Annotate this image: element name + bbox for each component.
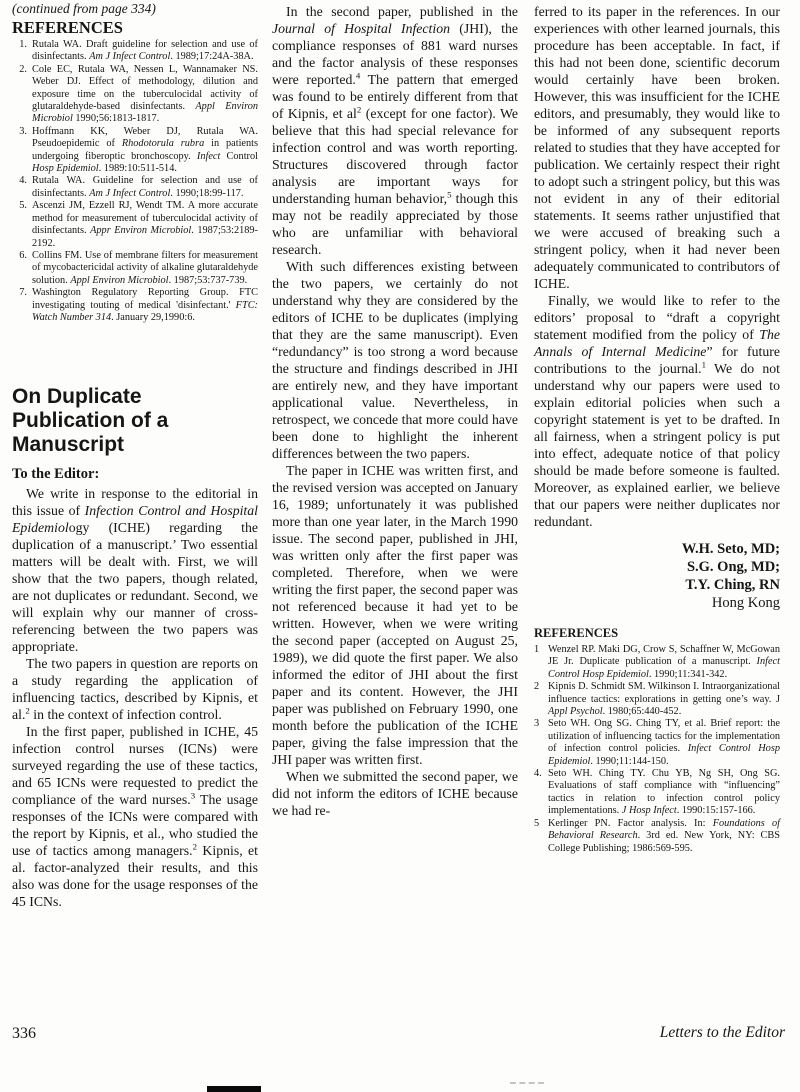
- right-references-section: REFERENCES 1 Wenzel RP. Maki DG, Crow S,…: [534, 626, 780, 855]
- reference-item: 7. Washington Regulatory Reporting Group…: [12, 287, 258, 324]
- right-references-list: 1 Wenzel RP. Maki DG, Crow S, Schaffner …: [534, 644, 780, 855]
- reference-item: 3. Hoffmann KK, Weber DJ, Rutala WA. Pse…: [12, 126, 258, 176]
- ref-text: Wenzel RP. Maki DG, Crow S, Schaffner W,…: [548, 644, 780, 681]
- ref-text: Collins FM. Use of membrane filters for …: [32, 250, 258, 287]
- paragraph: In the second paper, published in the Jo…: [272, 3, 518, 258]
- ref-number: 1: [534, 644, 548, 681]
- ref-number: 5: [534, 818, 548, 855]
- ref-number: 3.: [12, 126, 32, 176]
- reference-item: 2. Cole EC, Rutala WA, Nessen L, Wannama…: [12, 64, 258, 126]
- ref-number: 6.: [12, 250, 32, 287]
- signature-block: W.H. Seto, MD; S.G. Ong, MD; T.Y. Ching,…: [534, 540, 780, 612]
- ref-text: Rutala WA. Guideline for selection and u…: [32, 175, 258, 200]
- left-references-list: 1. Rutala WA. Draft guideline for select…: [12, 39, 258, 324]
- right-references-title: REFERENCES: [534, 626, 780, 641]
- ref-text: Kerlinger PN. Factor analysis. In: Found…: [548, 818, 780, 855]
- ref-number: 3: [534, 718, 548, 768]
- ref-text: Ascenzi JM, Ezzell RJ, Wendt TM. A more …: [32, 200, 258, 250]
- ref-text: Cole EC, Rutala WA, Nessen L, Wannamaker…: [32, 64, 258, 126]
- signature-name: T.Y. Ching, RN: [534, 576, 780, 594]
- left-column: (continued from page 334) REFERENCES 1. …: [12, 0, 258, 324]
- ref-number: 4.: [12, 175, 32, 200]
- ink-bar-artifact: [207, 1086, 261, 1092]
- reference-item: 4. Seto WH. Ching TY. Chu YB, Ng SH, Ong…: [534, 768, 780, 818]
- left-references-title: REFERENCES: [12, 18, 258, 37]
- left-references-section: REFERENCES 1. Rutala WA. Draft guideline…: [12, 18, 258, 324]
- ref-number: 2: [534, 681, 548, 718]
- reference-item: 4. Rutala WA. Guideline for selection an…: [12, 175, 258, 200]
- right-column: ferred to its paper in the references. I…: [534, 3, 780, 855]
- reference-item: 6. Collins FM. Use of membrane filters f…: [12, 250, 258, 287]
- running-footer: Letters to the Editor: [660, 1023, 785, 1043]
- paragraph: The two papers in question are reports o…: [12, 655, 258, 723]
- paragraph: With such differences existing between t…: [272, 258, 518, 462]
- paragraph: Finally, we would like to refer to the e…: [534, 292, 780, 530]
- letter-title: On Duplicate Publication of a Manuscript: [12, 385, 202, 457]
- paragraph: In the first paper, published in ICHE, 4…: [12, 723, 258, 910]
- ref-number: 5.: [12, 200, 32, 250]
- ref-text: Rutala WA. Draft guideline for selection…: [32, 39, 258, 64]
- reference-item: 5 Kerlinger PN. Factor analysis. In: Fou…: [534, 818, 780, 855]
- reference-item: 1. Rutala WA. Draft guideline for select…: [12, 39, 258, 64]
- page-number: 336: [12, 1024, 36, 1044]
- ref-number: 1.: [12, 39, 32, 64]
- ref-number: 4.: [534, 768, 548, 818]
- middle-column: In the second paper, published in the Jo…: [272, 3, 518, 819]
- ref-number: 2.: [12, 64, 32, 126]
- signature-name: W.H. Seto, MD;: [534, 540, 780, 558]
- reference-item: 2 Kipnis D. Schmidt SM. Wilkinson I. Int…: [534, 681, 780, 718]
- reference-item: 5. Ascenzi JM, Ezzell RJ, Wendt TM. A mo…: [12, 200, 258, 250]
- continued-note: (continued from page 334): [12, 0, 258, 17]
- ref-number: 7.: [12, 287, 32, 324]
- letter-start-block: On Duplicate Publication of a Manuscript…: [12, 385, 258, 910]
- paragraph: ferred to its paper in the references. I…: [534, 3, 780, 292]
- ref-text: Seto WH. Ong SG. Ching TY, et al. Brief …: [548, 718, 780, 768]
- reference-item: 1 Wenzel RP. Maki DG, Crow S, Schaffner …: [534, 644, 780, 681]
- journal-letters-page: (continued from page 334) REFERENCES 1. …: [0, 0, 800, 1092]
- paragraph: We write in response to the editorial in…: [12, 485, 258, 655]
- ref-text: Kipnis D. Schmidt SM. Wilkinson I. Intra…: [548, 681, 780, 718]
- ref-text: Washington Regulatory Reporting Group. F…: [32, 287, 258, 324]
- paragraph: When we submitted the second paper, we d…: [272, 768, 518, 819]
- paragraph: The paper in ICHE was written first, and…: [272, 462, 518, 768]
- signature-location: Hong Kong: [534, 594, 780, 612]
- salutation: To the Editor:: [12, 465, 258, 483]
- reference-item: 3 Seto WH. Ong SG. Ching TY, et al. Brie…: [534, 718, 780, 768]
- ref-text: Hoffmann KK, Weber DJ, Rutala WA. Pseudo…: [32, 126, 258, 176]
- scan-dashes-artifact: [510, 1082, 544, 1084]
- ref-text: Seto WH. Ching TY. Chu YB, Ng SH, Ong SG…: [548, 768, 780, 818]
- signature-name: S.G. Ong, MD;: [534, 558, 780, 576]
